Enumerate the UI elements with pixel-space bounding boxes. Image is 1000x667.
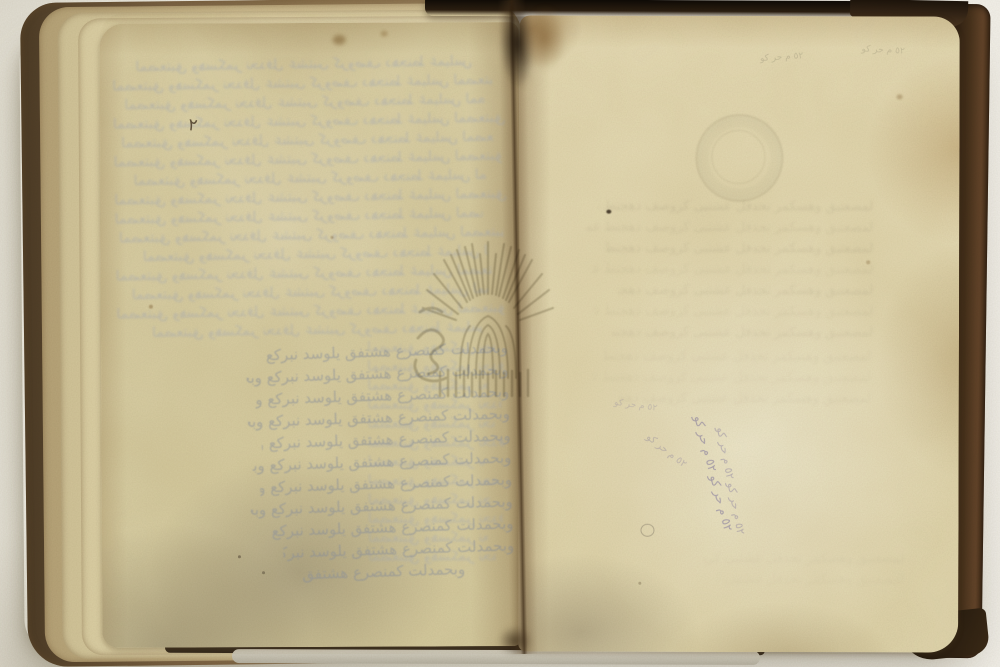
left-page: لمصعتبق وهسكمر نحدفل عشتبى كروصف دهجنط غ… bbox=[100, 22, 522, 648]
faded-handwriting-block: وبحمدلت كمنصرع هشتفق يلوسد نبركع وبحمدلت… bbox=[246, 337, 516, 599]
faded-line: وبحمدلت كمنصرع هشتفق يلوسد نبركع وبحمدلت… bbox=[252, 446, 512, 476]
bleed-line: لمصعتبق وهسكمر نحدفل عشتبى كروصف دهجنط غ… bbox=[152, 318, 482, 343]
faded-line: وبحمدلت كمنصرع هشتفق يلوسد نبركع وبحمدلت… bbox=[251, 490, 514, 520]
stain-spot bbox=[333, 35, 346, 45]
bleed-line: لمصعتبق وهسكمر نحدفل عشتبى كروصف دهجنط غ… bbox=[121, 128, 494, 154]
bleed-line: لمصعتبق وهسكمر نحدفل عشتبى كروصف دهجنط غ… bbox=[132, 280, 489, 306]
bleed-line: لمصعتبق وهسكمر نحدفل عشتبى كروصف دهجنط غ… bbox=[119, 222, 503, 248]
bleedthrough-text-column: لمصعتبق وهسكمر نحدفل عشتبى كروصف دهجنط غ… bbox=[367, 338, 506, 581]
fox-spot bbox=[897, 94, 903, 99]
bleed-line: لمصعتبق وهسكمر نحدفل عشتبى كروصف دهجنط غ… bbox=[124, 90, 485, 116]
bleed-line: لمصعتبق وهسكمر نحدفل عشتبى كروصف دهجنط غ… bbox=[368, 471, 501, 491]
bleed-line: لمصعتبق وهسكمر نحدفل عشتبى كروصف دهجنط غ… bbox=[135, 52, 472, 77]
faded-line: وبحمدلت كمنصرع هشتفق يلوسد نبركع وبحمدلت… bbox=[246, 359, 509, 389]
bleed-line: لمصعتبق وهسكمر نحدفل عشتبى كروصف دهجنط غ… bbox=[618, 280, 873, 302]
pencil-inscription: ٥٢ م حر كو ٥٢ م حر كو bbox=[691, 414, 735, 533]
seal-stamp-inner-ring bbox=[711, 130, 765, 184]
pencil-circle-mark bbox=[640, 524, 654, 537]
bleed-line: لمصعتبق وهسكمر نحدفل عشتبى كروصف دهجنط غ… bbox=[598, 196, 874, 218]
pencil-note: ٥٢ م حر كو bbox=[613, 398, 657, 414]
faded-line: وبحمدلت كمنصرع هشتفق يلوسد نبركع وبحمدلت… bbox=[264, 337, 508, 367]
bleed-line: لمصعتبق وهسكمر نحدفل عشتبى كروصف دهجنط غ… bbox=[367, 414, 494, 434]
bleed-line: لمصعتبق وهسكمر نحدفل عشتبى كروصف دهجنط غ… bbox=[113, 108, 505, 134]
bleed-line: لمصعتبق وهسكمر نحدفل عشتبى كروصف دهجنط غ… bbox=[367, 433, 504, 453]
fox-spot bbox=[331, 236, 334, 239]
right-page: لمصعتبق وهسكمر نحدفل عشتبى كروصف دهجنط غ… bbox=[518, 15, 960, 652]
faded-line: وبحمدلت كمنصرع هشتفق يلوسد نبركع وبحمدلت… bbox=[248, 402, 511, 432]
faded-line: وبحمدلت كمنصرع هشتفق يلوسد نبركع وبحمدلت… bbox=[272, 512, 514, 542]
bleed-line: لمصعتبق وهسكمر نحدفل عشتبى كروصف دهجنط غ… bbox=[143, 242, 488, 267]
faded-line: وبحمدلت كمنصرع هشتفق يلوسد نبركع وبحمدلت… bbox=[302, 558, 465, 585]
fox-spot bbox=[262, 571, 265, 574]
ink-speck bbox=[606, 210, 611, 214]
bleedthrough-lines-right: لمصعتبق وهسكمر نحدفل عشتبى كروصف دهجنط غ… bbox=[696, 548, 904, 601]
bleed-line: لمصعتبق وهسكمر نحدفل عشتبى كروصف دهجنط غ… bbox=[592, 259, 873, 281]
pencil-scribble: ٥٢ م حر كو bbox=[760, 51, 804, 64]
faded-line: وبحمدلت كمنصرع هشتفق يلوسد نبركع وبحمدلت… bbox=[261, 424, 510, 454]
bleedthrough-lines-right: لمصعتبق وهسكمر نحدفل عشتبى كروصف دهجنط غ… bbox=[587, 346, 871, 421]
bleed-line: لمصعتبق وهسكمر نحدفل عشتبى كروصف دهجنط غ… bbox=[114, 184, 506, 210]
fox-spot bbox=[866, 260, 870, 264]
stain-spot bbox=[381, 31, 388, 37]
bleed-line: لمصعتبق وهسكمر نحدفل عشتبى كروصف دهجنط غ… bbox=[595, 301, 873, 323]
bleed-line: لمصعتبق وهسكمر نحدفل عشتبى كروصف دهجنط غ… bbox=[368, 509, 503, 529]
bleed-line: لمصعتبق وهسكمر نحدفل عشتبى كروصف دهجنط غ… bbox=[368, 547, 496, 567]
bleed-line: لمصعتبق وهسكمر نحدفل عشتبى كروصف دهجنط غ… bbox=[705, 548, 905, 570]
bleed-line: لمصعتبق وهسكمر نحدفل عشتبى كروصف دهجنط غ… bbox=[368, 528, 488, 548]
bleed-line: لمصعتبق وهسكمر نحدفل عشتبى كروصف دهجنط غ… bbox=[368, 452, 485, 472]
bleed-line: لمصعتبق وهسكمر نحدفل عشتبى كروصف دهجنط غ… bbox=[368, 490, 492, 510]
folio-number: ٢ bbox=[187, 115, 199, 136]
bleed-line: لمصعتبق وهسكمر نحدفل عشتبى كروصف دهجنط غ… bbox=[116, 261, 493, 287]
bleedthrough-text-mass: لمصعتبق وهسكمر نحدفل عشتبى كروصف دهجنط غ… bbox=[112, 51, 509, 354]
manuscript-photograph: لمصعتبق وهسكمر نحدفل عشتبى كروصف دهجنط غ… bbox=[0, 0, 1000, 667]
faded-line: وبحمدلت كمنصرع هشتفق يلوسد نبركع وبحمدلت… bbox=[283, 534, 514, 563]
bleed-line: لمصعتبق وهسكمر نحدفل عشتبى كروصف دهجنط غ… bbox=[133, 166, 486, 191]
bleed-line: لمصعتبق وهسكمر نحدفل عشتبى كروصف دهجنط غ… bbox=[367, 376, 489, 396]
bleed-line: لمصعتبق وهسكمر نحدفل عشتبى كروصف دهجنط غ… bbox=[112, 71, 493, 97]
pencil-scribble: ٥٢ م حر كو bbox=[861, 44, 905, 56]
bleed-line: لمصعتبق وهسكمر نحدفل عشتبى كروصف دهجنط غ… bbox=[367, 338, 497, 358]
bleed-line: لمصعتبق وهسكمر نحدفل عشتبى كروصف دهجنط غ… bbox=[115, 204, 484, 230]
bleed-line: لمصعتبق وهسكمر نحدفل عشتبى كروصف دهجنط غ… bbox=[367, 395, 501, 415]
bleed-line: لمصعتبق وهسكمر نحدفل عشتبى كروصف دهجنط غ… bbox=[717, 569, 904, 590]
bleed-line: لمصعتبق وهسكمر نحدفل عشتبى كروصف دهجنط غ… bbox=[606, 238, 873, 260]
faded-line: وبحمدلت كمنصرع هشتفق يلوسد نبركع وبحمدلت… bbox=[255, 381, 510, 411]
faded-line: وبحمدلت كمنصرع هشتفق يلوسد نبركع وبحمدلت… bbox=[260, 468, 512, 498]
pencil-inscription: ٥٢ م حر كو bbox=[644, 432, 689, 470]
bleed-line: لمصعتبق وهسكمر نحدفل عشتبى كروصف دهجنط غ… bbox=[618, 388, 871, 410]
bleed-line: لمصعتبق وهسكمر نحدفل عشتبى كروصف دهجنط غ… bbox=[593, 367, 871, 389]
bleed-line: لمصعتبق وهسكمر نحدفل عشتبى كروصف دهجنط غ… bbox=[612, 322, 873, 344]
bleed-line: لمصعتبق وهسكمر نحدفل عشتبى كروصف دهجنط غ… bbox=[367, 357, 504, 377]
bleed-line: لمصعتبق وهسكمر نحدفل عشتبى كروصف دهجنط غ… bbox=[586, 217, 873, 239]
bleedthrough-lines-right: لمصعتبق وهسكمر نحدفل عشتبى كروصف دهجنط غ… bbox=[583, 196, 873, 349]
bleed-line: لمصعتبق وهسكمر نحدفل عشتبى كروصف دهجنط غ… bbox=[113, 146, 501, 172]
fox-spot bbox=[638, 582, 641, 585]
fox-spot bbox=[238, 555, 241, 558]
bleed-line: لمصعتبق وهسكمر نحدفل عشتبى كروصف دهجنط غ… bbox=[116, 298, 504, 324]
seal-stamp-impression bbox=[695, 114, 783, 202]
fox-spot bbox=[149, 305, 153, 309]
bleed-line: لمصعتبق وهسكمر نحدفل عشتبى كروصف دهجنط غ… bbox=[604, 346, 871, 368]
pencil-inscription: ٥٢ م حر كو ٥٢ م حر كو bbox=[714, 426, 747, 536]
